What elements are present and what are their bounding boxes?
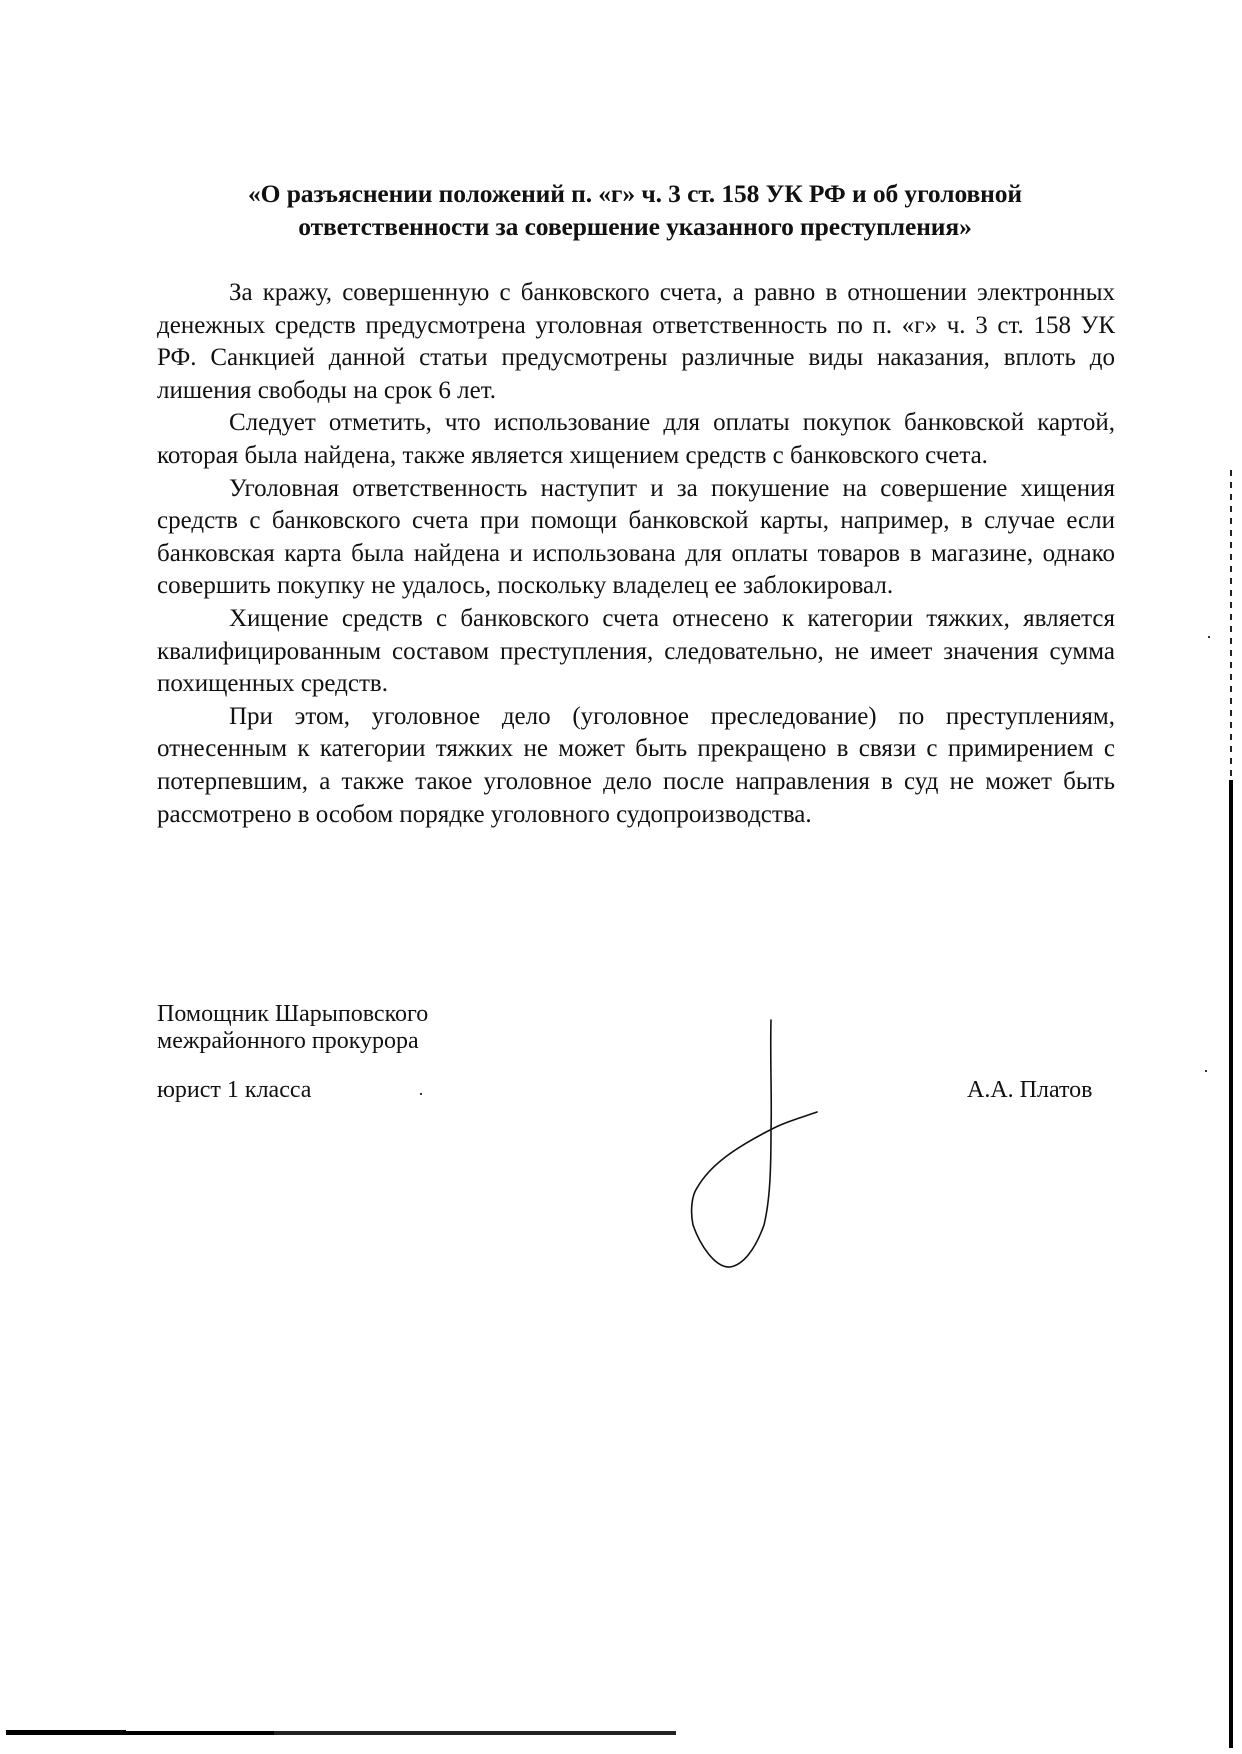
signatory-name: А.А. Платов — [967, 1077, 1093, 1104]
scan-speck — [1205, 1070, 1207, 1072]
handwritten-signature-icon — [600, 1000, 850, 1280]
paragraph-4: Хищение средств с банковского счета отне… — [157, 603, 1115, 701]
title-line-1: «О разъяснении положений п. «г» ч. 3 ст.… — [248, 179, 1022, 208]
paragraph-5: При этом, уголовное дело (уголовное прес… — [157, 701, 1115, 831]
paragraph-3: Уголовная ответственность наступит и за … — [157, 473, 1115, 603]
document-body: За кражу, совершенную с банковского счет… — [157, 277, 1115, 831]
position-line-1: Помощник Шарыповского — [157, 1001, 428, 1028]
paragraph-2: Следует отметить, что использование для … — [157, 407, 1115, 472]
scan-speck — [1208, 636, 1210, 638]
scan-bottom-line-thick — [6, 1730, 126, 1735]
title-line-2: ответственности за совершение указанного… — [298, 212, 971, 241]
scan-speck — [420, 1093, 422, 1095]
signatory-rank: юрист 1 класса — [157, 1077, 428, 1104]
scan-edge-bar — [1229, 780, 1233, 1748]
scan-edge-artifact — [1230, 470, 1232, 780]
signatory-position: Помощник Шарыповского межрайонного проку… — [157, 1001, 428, 1104]
document-title: «О разъяснении положений п. «г» ч. 3 ст.… — [150, 177, 1120, 243]
paragraph-1: За кражу, совершенную с банковского счет… — [157, 277, 1115, 407]
document-page: «О разъяснении положений п. «г» ч. 3 ст.… — [0, 0, 1242, 1754]
position-line-2: межрайонного прокурора — [157, 1028, 428, 1055]
